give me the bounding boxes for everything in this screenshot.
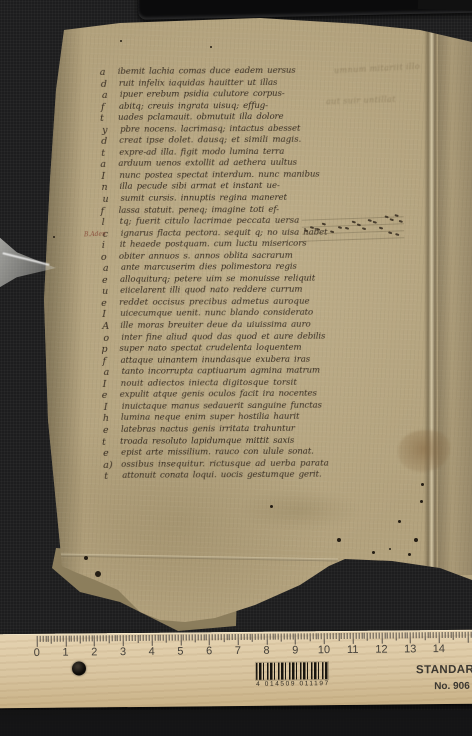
manuscript-line: tattonuit conata loqui. uocis gestumque … [104, 469, 404, 482]
ruler-cm-number: 6 [199, 645, 219, 657]
musical-neumes [301, 210, 404, 248]
ruler-cm-number: 5 [170, 645, 190, 657]
ruler-cm-number: 11 [343, 644, 363, 656]
ruler-cm-number: 4 [142, 646, 162, 658]
ruler-cm-number: 1 [55, 647, 75, 659]
ruler-cm-number: 13 [400, 643, 420, 655]
barcode-digits: 4 014509 011197 [256, 680, 332, 688]
ruler-cm-number: 12 [371, 644, 391, 656]
ruler-cm-number: 2 [84, 646, 104, 658]
manuscript-text-block: aibemit lachia comas duce eadem uersusdr… [101, 65, 404, 483]
background-felt [0, 710, 472, 736]
damp-stain [240, 490, 360, 530]
barcode-bars [256, 662, 328, 680]
ruler-cm-number: 10 [314, 644, 334, 656]
barcode: 4 014509 011197 [256, 662, 332, 689]
manuscript-photo: aibemit lachia comas duce eadem uersusdr… [0, 0, 472, 736]
ruler-cm-number: 7 [228, 645, 248, 657]
ruler-cm-number: 3 [113, 646, 133, 658]
gutter-shadow [438, 30, 472, 575]
ruler-cm-number: 14 [429, 643, 449, 655]
ruler-brand-label: STANDARDG [416, 664, 472, 677]
wormholes [0, 0, 2, 2]
gutter-fold-ridge [424, 28, 438, 573]
ruler-cm-number: 0 [27, 647, 47, 659]
ruler-cm-number: 8 [257, 645, 277, 657]
centimeter-ruler: 4 014509 011197 STANDARDG No. 906 012345… [0, 630, 472, 709]
red-margin-note: B.Aden [84, 231, 106, 239]
ruler-model-label: No. 906 [434, 681, 470, 692]
ruler-cm-number: 9 [285, 644, 305, 656]
ruler-hole [72, 661, 86, 675]
